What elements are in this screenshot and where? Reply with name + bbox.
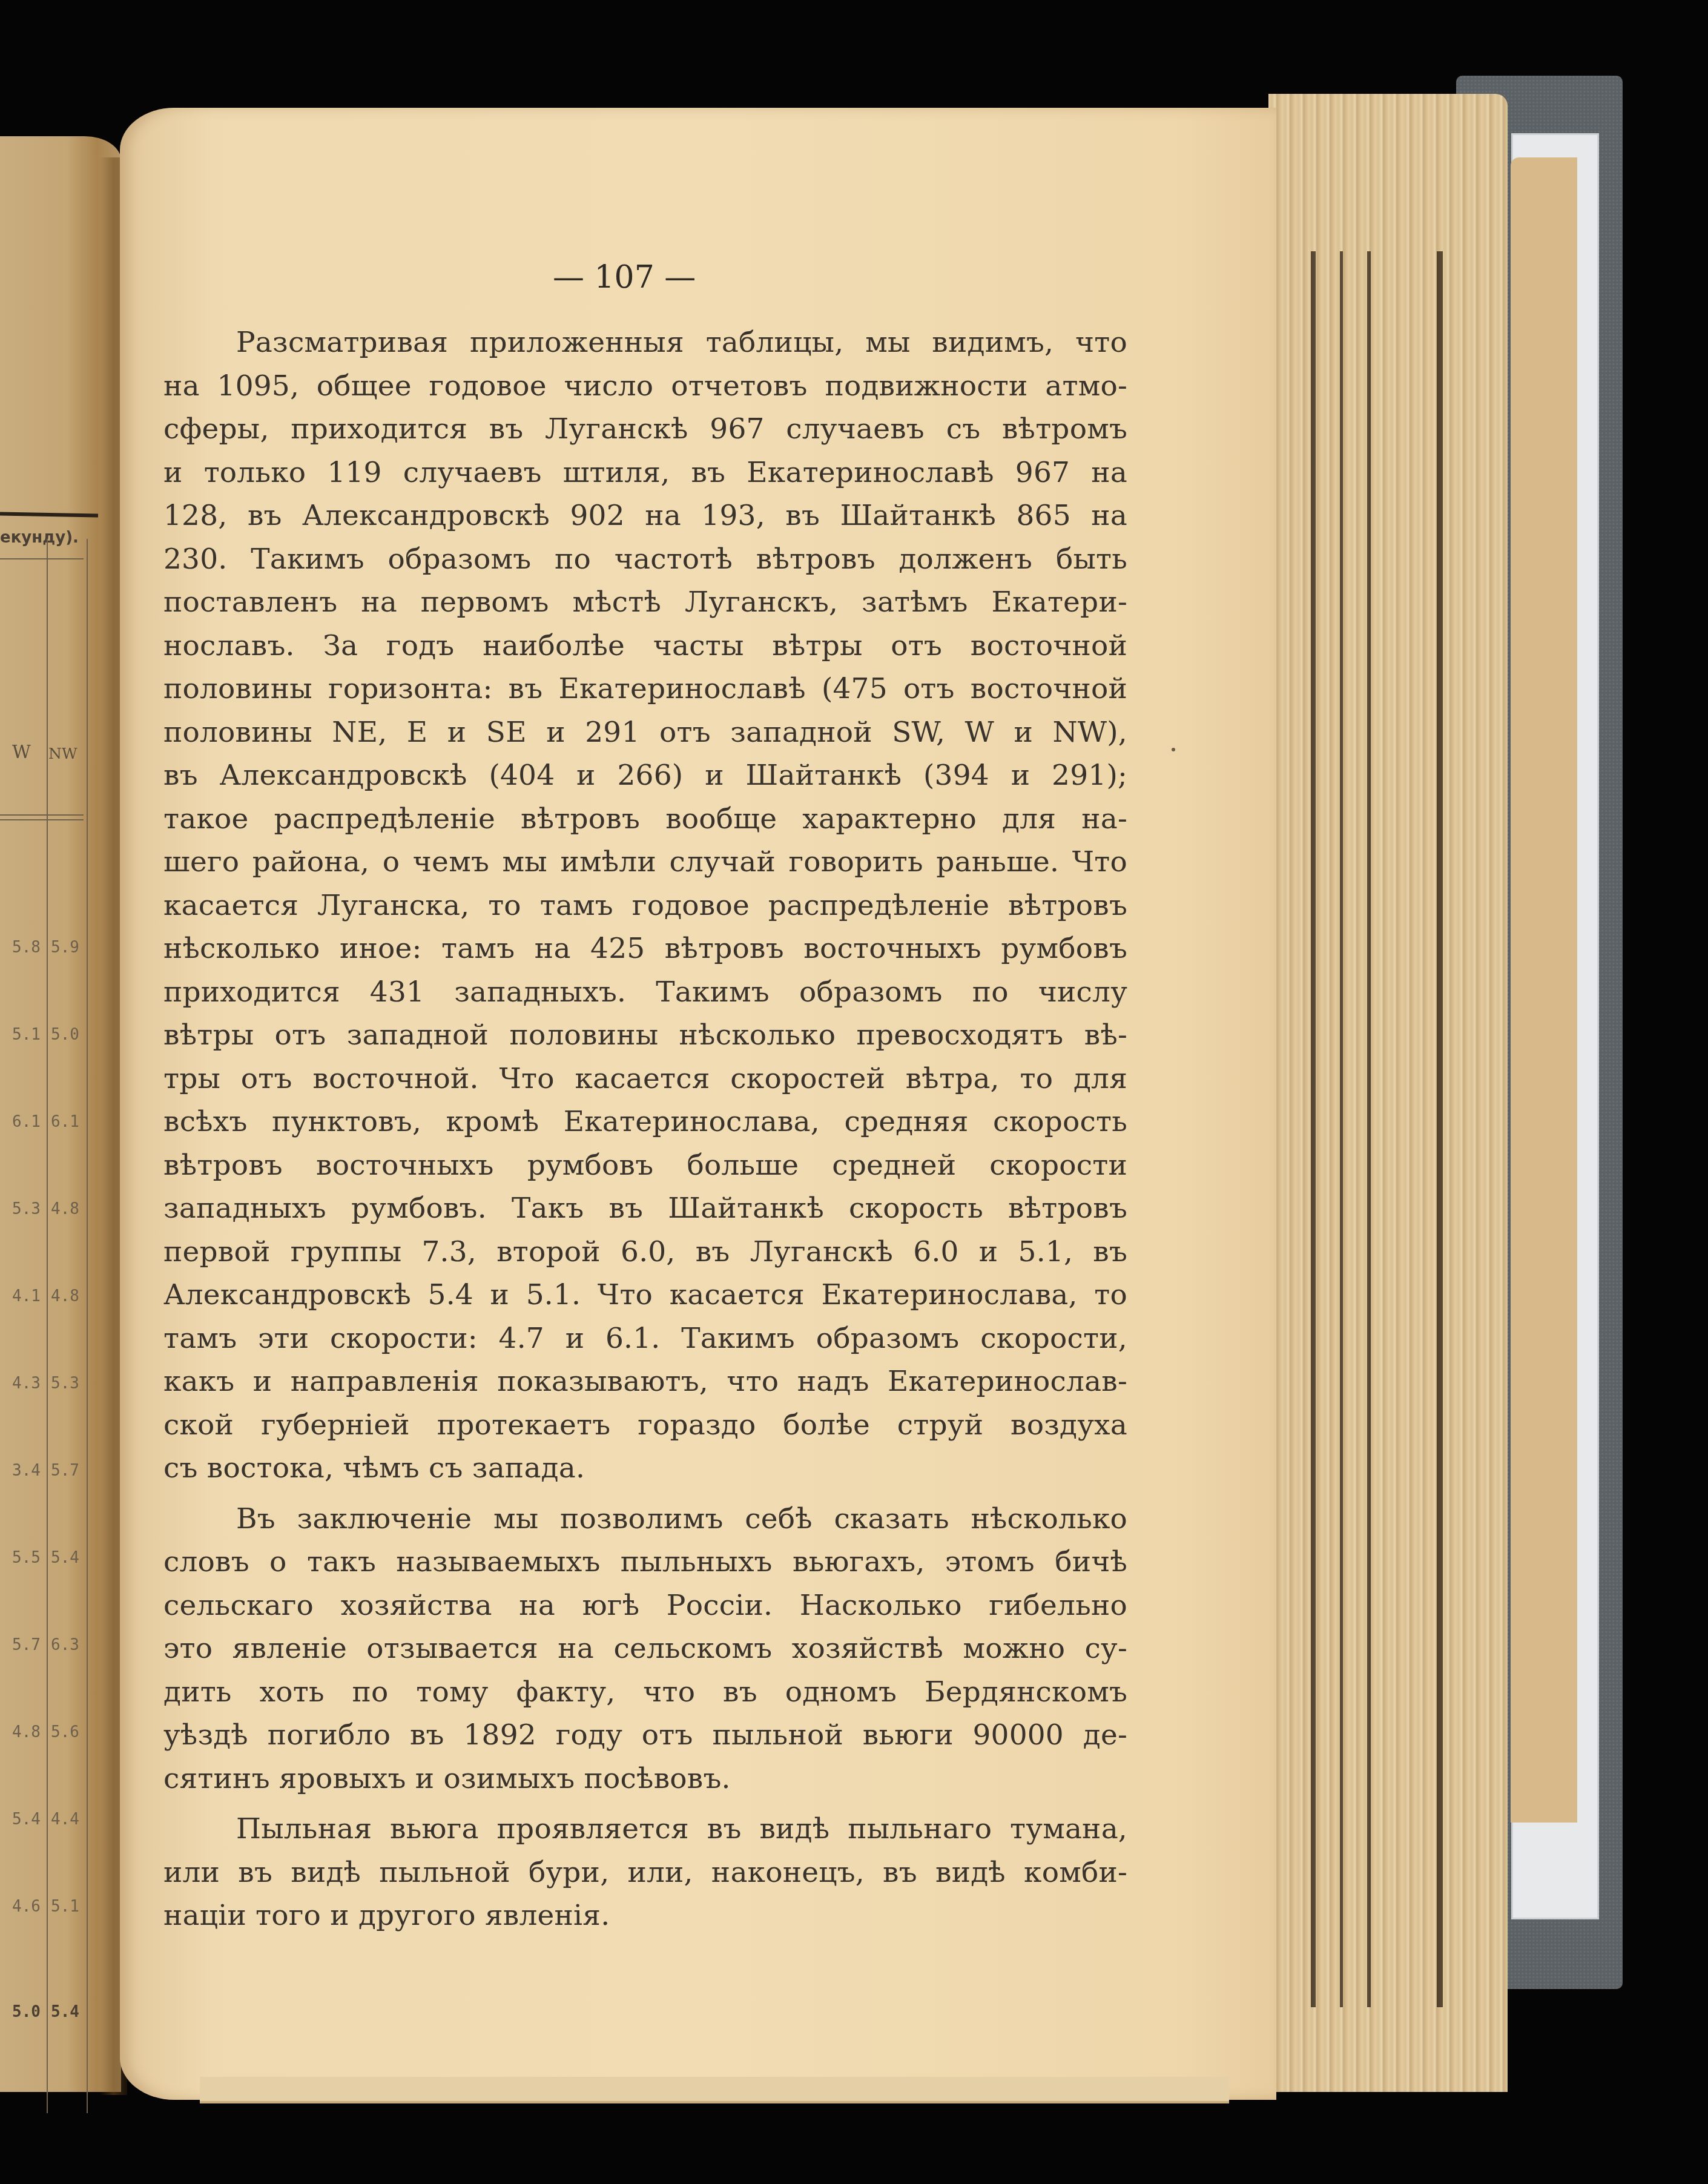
table-cell: 5.8 — [12, 939, 41, 957]
text-line: вѣтры отъ западной половины нѣсколько пр… — [163, 1014, 1127, 1057]
text-line: всѣхъ пунктовъ, кромѣ Екатеринослава, ср… — [163, 1100, 1127, 1144]
table-cell: 5.9 — [51, 939, 79, 957]
text-line: нѣсколько иное: тамъ на 425 вѣтровъ вост… — [163, 927, 1127, 971]
text-line: приходится 431 западныхъ. Такимъ образом… — [163, 971, 1127, 1014]
text-line: тры отъ восточной. Что касается скоросте… — [163, 1057, 1127, 1101]
body-text: Разсматривая приложенныя таблицы, мы вид… — [163, 321, 1127, 1938]
table-cell: 5.7 — [12, 1636, 41, 1654]
column-divider — [47, 539, 48, 2113]
text-line: или въ видѣ пыльной бури, или, наконецъ,… — [163, 1851, 1127, 1895]
text-line: такое распредѣленіе вѣтровъ вообще харак… — [163, 797, 1127, 841]
table-cell: 5.4 — [12, 1810, 41, 1829]
column-header-nw: NW — [48, 745, 77, 762]
table-cell: 5.6 — [51, 1723, 79, 1741]
wind-speed-table-fragment: екунду). W NW 5.85.95.15.06.16.15.34.84.… — [0, 136, 103, 2092]
page-gap — [1340, 251, 1343, 2007]
text-line: шего района, о чемъ мы имѣли случай гово… — [163, 840, 1127, 884]
table-cell: 6.3 — [51, 1636, 79, 1654]
table-cell: 5.3 — [12, 1200, 41, 1218]
text-line: 128, въ Александровскѣ 902 на 193, въ Ша… — [163, 494, 1127, 538]
text-line: касается Луганска, то тамъ годовое распр… — [163, 884, 1127, 928]
table-cell: 4.8 — [12, 1723, 41, 1741]
text-line: сельскаго хозяйства на югѣ Россіи. Наско… — [163, 1584, 1127, 1628]
table-cell: 5.0 — [51, 1026, 79, 1044]
text-line: ской губерніей протекаетъ гораздо болѣе … — [163, 1404, 1127, 1447]
table-rule — [0, 558, 84, 559]
table-cell: 5.4 — [51, 1549, 79, 1567]
table-cell: 4.8 — [51, 1287, 79, 1305]
text-line: націи того и другого явленія. — [163, 1894, 1127, 1938]
text-line: и только 119 случаевъ штиля, въ Екатерин… — [163, 451, 1127, 495]
text-line: половины горизонта: въ Екатеринославѣ (4… — [163, 667, 1127, 711]
paper-speck — [1172, 748, 1175, 751]
column-divider — [87, 539, 88, 2113]
column-header-w: W — [12, 742, 31, 763]
text-line: тамъ эти скорости: 4.7 и 6.1. Такимъ обр… — [163, 1317, 1127, 1361]
table-header-fragment: екунду). — [0, 529, 79, 547]
page-number-text: — 107 — — [553, 259, 696, 295]
text-line: словъ о такъ называемыхъ пыльныхъ вьюгах… — [163, 1540, 1127, 1584]
text-line: сятинъ яровыхъ и озимыхъ посѣвовъ. — [163, 1757, 1127, 1801]
table-cell: 6.1 — [51, 1113, 79, 1131]
table-top-rule — [0, 512, 98, 518]
text-line: половины NE, E и SE и 291 отъ западной S… — [163, 711, 1127, 754]
table-cell: 5.7 — [51, 1462, 79, 1480]
paragraph-gap — [163, 1490, 1127, 1497]
text-line: Пыльная вьюга проявляется въ видѣ пыльна… — [163, 1807, 1127, 1851]
table-cell: 6.1 — [12, 1113, 41, 1131]
paragraph-gap — [163, 1800, 1127, 1807]
text-line: дить хоть по тому факту, что въ одномъ Б… — [163, 1671, 1127, 1714]
text-line: Александровскѣ 5.4 и 5.1. Что касается Е… — [163, 1273, 1127, 1317]
text-line: сферы, приходится въ Луганскѣ 967 случае… — [163, 407, 1127, 451]
text-line: въ Александровскѣ (404 и 266) и Шайтанкѣ… — [163, 754, 1127, 797]
table-cell: 3.4 — [12, 1462, 41, 1480]
table-cell: 5.1 — [51, 1898, 79, 1916]
text-line: какъ и направленія показываютъ, что надъ… — [163, 1360, 1127, 1404]
table-cell: 4.4 — [51, 1810, 79, 1829]
text-line: первой группы 7.3, второй 6.0, въ Луганс… — [163, 1230, 1127, 1274]
table-cell: 5.3 — [51, 1374, 79, 1393]
text-line: вѣтровъ восточныхъ румбовъ больше средне… — [163, 1144, 1127, 1187]
back-endpaper — [1511, 157, 1577, 1823]
text-line: нославъ. За годъ наиболѣе часты вѣтры от… — [163, 624, 1127, 668]
page-gap — [1311, 251, 1316, 2007]
text-line: 230. Такимъ образомъ по частотѣ вѣтровъ … — [163, 538, 1127, 581]
table-cell: 4.3 — [12, 1374, 41, 1393]
page-107: — 107 — Разсматривая приложенныя таблицы… — [120, 108, 1276, 2100]
table-cell: 5.0 — [12, 2003, 41, 2021]
table-rule — [0, 819, 84, 820]
table-cell: 5.5 — [12, 1549, 41, 1567]
table-cell: 5.4 — [51, 2003, 79, 2021]
text-line: Въ заключеніе мы позволимъ себѣ сказать … — [163, 1497, 1127, 1541]
text-line: съ востока, чѣмъ съ запада. — [163, 1447, 1127, 1490]
page-gap — [1367, 251, 1371, 2007]
text-line: на 1095, общее годовое число отчетовъ по… — [163, 365, 1127, 408]
table-cell: 4.8 — [51, 1200, 79, 1218]
text-line: поставленъ на первомъ мѣстѣ Луганскъ, за… — [163, 581, 1127, 624]
table-cell: 4.6 — [12, 1898, 41, 1916]
table-cell: 4.1 — [12, 1287, 41, 1305]
text-line: это явленіе отзывается на сельскомъ хозя… — [163, 1627, 1127, 1671]
page-stack-edges — [1268, 94, 1508, 2092]
page-gap — [1437, 251, 1443, 2007]
page-bottom-edge — [200, 2077, 1229, 2103]
text-line: уѣздѣ погибло въ 1892 году отъ пыльной в… — [163, 1714, 1127, 1757]
table-cell: 5.1 — [12, 1026, 41, 1044]
text-line: западныхъ румбовъ. Такъ въ Шайтанкѣ скор… — [163, 1187, 1127, 1230]
text-line: Разсматривая приложенныя таблицы, мы вид… — [163, 321, 1127, 365]
table-rule — [0, 814, 84, 816]
